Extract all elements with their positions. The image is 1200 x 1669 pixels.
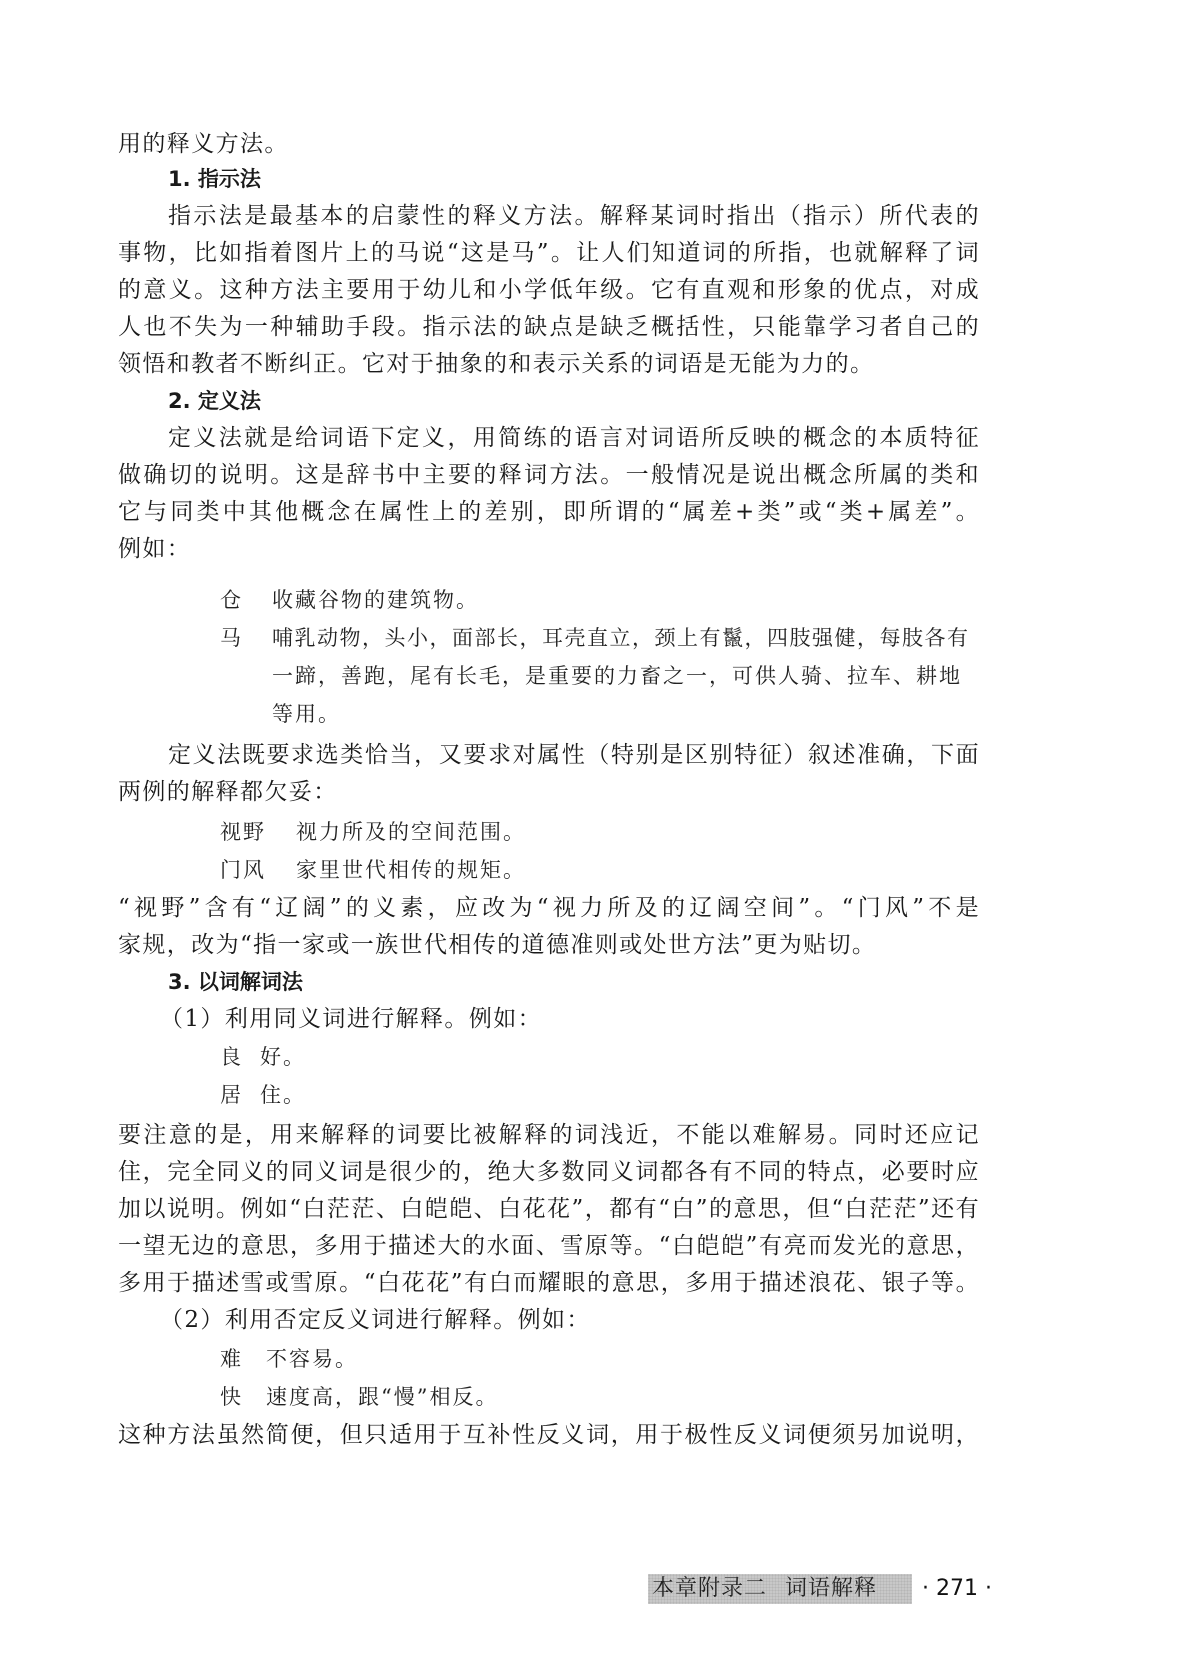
footer-section: 词语解释: [785, 1576, 877, 1601]
example-definition: 好。: [260, 1042, 306, 1072]
paragraph-line: 它与同类中其他概念在属性上的差别，即所谓的“属差+类”或“类+属差”。: [118, 497, 980, 527]
example-definition-cont: 一蹄，善跑，尾有长毛，是重要的力畜之一，可供人骑、拉车、耕地: [272, 661, 982, 691]
paragraph-line: 人也不失为一种辅助手段。指示法的缺点是缺乏概括性，只能靠学习者自己的: [118, 312, 980, 342]
example-term: 视野: [220, 817, 266, 847]
section-heading-pointing-method: 1. 指示法: [168, 164, 261, 194]
paragraph-line: “视野”含有“辽阔”的义素，应改为“视力所及的辽阔空间”。“门风”不是: [118, 893, 980, 923]
page-footer: 本章附录二词语解释 · 271 ·: [0, 1572, 1200, 1608]
subsection-label: （1）利用同义词进行解释。例如：: [160, 1004, 980, 1034]
example-term: 快: [220, 1382, 243, 1412]
footer-chapter: 本章附录二: [652, 1576, 767, 1601]
paragraph-line: 家规，改为“指一家或一族世代相传的道德准则或处世方法”更为贴切。: [118, 930, 980, 960]
intro-tail-text: 用的释义方法。: [118, 129, 980, 159]
example-term: 居: [220, 1080, 243, 1110]
example-term: 门风: [220, 855, 266, 885]
paragraph-line: 这种方法虽然简便，但只适用于互补性反义词，用于极性反义词便须另加说明，: [118, 1420, 980, 1450]
example-definition: 住。: [260, 1080, 306, 1110]
example-term: 马: [220, 623, 243, 653]
paragraph-line: 的意义。这种方法主要用于幼儿和小学低年级。它有直观和形象的优点，对成: [118, 275, 980, 305]
example-term: 仓: [220, 585, 243, 615]
paragraph-line: 住，完全同义的同义词是很少的，绝大多数同义词都各有不同的特点，必要时应: [118, 1157, 980, 1187]
paragraph-line: 两例的解释都欠妥：: [118, 777, 980, 807]
section-heading-word-for-word-method: 3. 以词解词法: [168, 967, 303, 997]
paragraph-line: 多用于描述雪或雪原。“白花花”有白而耀眼的意思，多用于描述浪花、银子等。: [118, 1268, 980, 1298]
example-definition: 视力所及的空间范围。: [296, 817, 526, 847]
paragraph-line: 做确切的说明。这是辞书中主要的释词方法。一般情况是说出概念所属的类和: [118, 460, 980, 490]
running-footer-band: 本章附录二词语解释: [648, 1574, 912, 1604]
paragraph-line: 定义法既要求选类恰当，又要求对属性（特别是区别特征）叙述准确，下面: [168, 740, 980, 770]
example-definition: 家里世代相传的规矩。: [296, 855, 526, 885]
example-definition: 不容易。: [266, 1344, 358, 1374]
paragraph-line: 例如：: [118, 534, 980, 564]
paragraph-line: 指示法是最基本的启蒙性的释义方法。解释某词时指出（指示）所代表的: [168, 201, 980, 231]
book-page: 用的释义方法。 1. 指示法 指示法是最基本的启蒙性的释义方法。解释某词时指出（…: [0, 0, 1200, 1669]
paragraph-line: 事物，比如指着图片上的马说“这是马”。让人们知道词的所指，也就解释了词: [118, 238, 980, 268]
example-term: 良: [220, 1042, 243, 1072]
paragraph-line: 加以说明。例如“白茫茫、白皑皑、白花花”，都有“白”的意思，但“白茫茫”还有: [118, 1194, 980, 1224]
paragraph-line: 定义法就是给词语下定义，用简练的语言对词语所反映的概念的本质特征: [168, 423, 980, 453]
section-heading-definition-method: 2. 定义法: [168, 386, 261, 416]
paragraph-line: 领悟和教者不断纠正。它对于抽象的和表示关系的词语是无能为力的。: [118, 349, 980, 379]
example-definition-cont: 等用。: [272, 699, 341, 729]
example-definition: 收藏谷物的建筑物。: [272, 585, 479, 615]
paragraph-line: 一望无边的意思，多用于描述大的水面、雪原等。“白皑皑”有亮而发光的意思，: [118, 1231, 980, 1261]
example-definition: 哺乳动物，头小，面部长，耳壳直立，颈上有鬣，四肢强健，每肢各有: [272, 623, 970, 653]
example-term: 难: [220, 1344, 243, 1374]
example-definition: 速度高，跟“慢”相反。: [266, 1382, 498, 1412]
page-number: · 271 ·: [922, 1574, 992, 1604]
subsection-label: （2）利用否定反义词进行解释。例如：: [160, 1305, 980, 1335]
paragraph-line: 要注意的是，用来解释的词要比被解释的词浅近，不能以难解易。同时还应记: [118, 1120, 980, 1150]
